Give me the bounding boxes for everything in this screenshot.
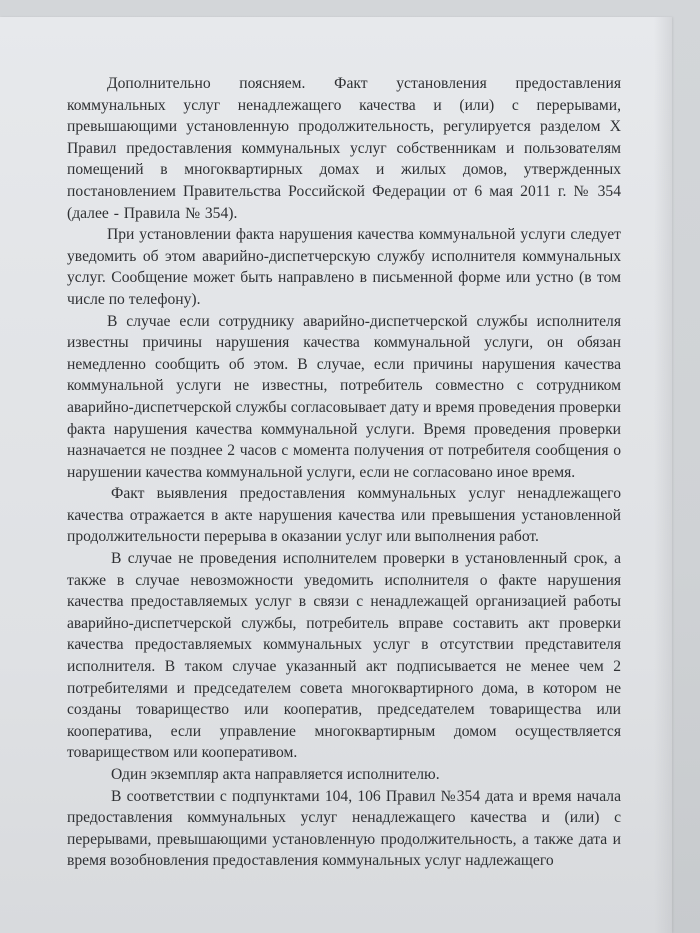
document-body: Дополнительно поясняем. Факт установлени… <box>67 73 621 872</box>
paragraph-consumer-act: В случае не проведения исполнителем пров… <box>67 548 621 764</box>
paragraph-violation-act: Факт выявления предоставления коммунальн… <box>67 483 621 548</box>
paragraph-subclauses-104-106: В соответствии с подпунктами 104, 106 Пр… <box>67 786 621 872</box>
paragraph-act-copy: Один экземпляр акта направляется исполни… <box>67 764 621 786</box>
paragraph-rules-reference: Дополнительно поясняем. Факт установлени… <box>67 73 621 224</box>
paragraph-inspection-timing: В случае если сотруднику аварийно-диспет… <box>67 311 621 484</box>
paragraph-notify-dispatch: При установлении факта нарушения качеств… <box>67 224 621 310</box>
paper-page: Дополнительно поясняем. Факт установлени… <box>0 17 672 933</box>
